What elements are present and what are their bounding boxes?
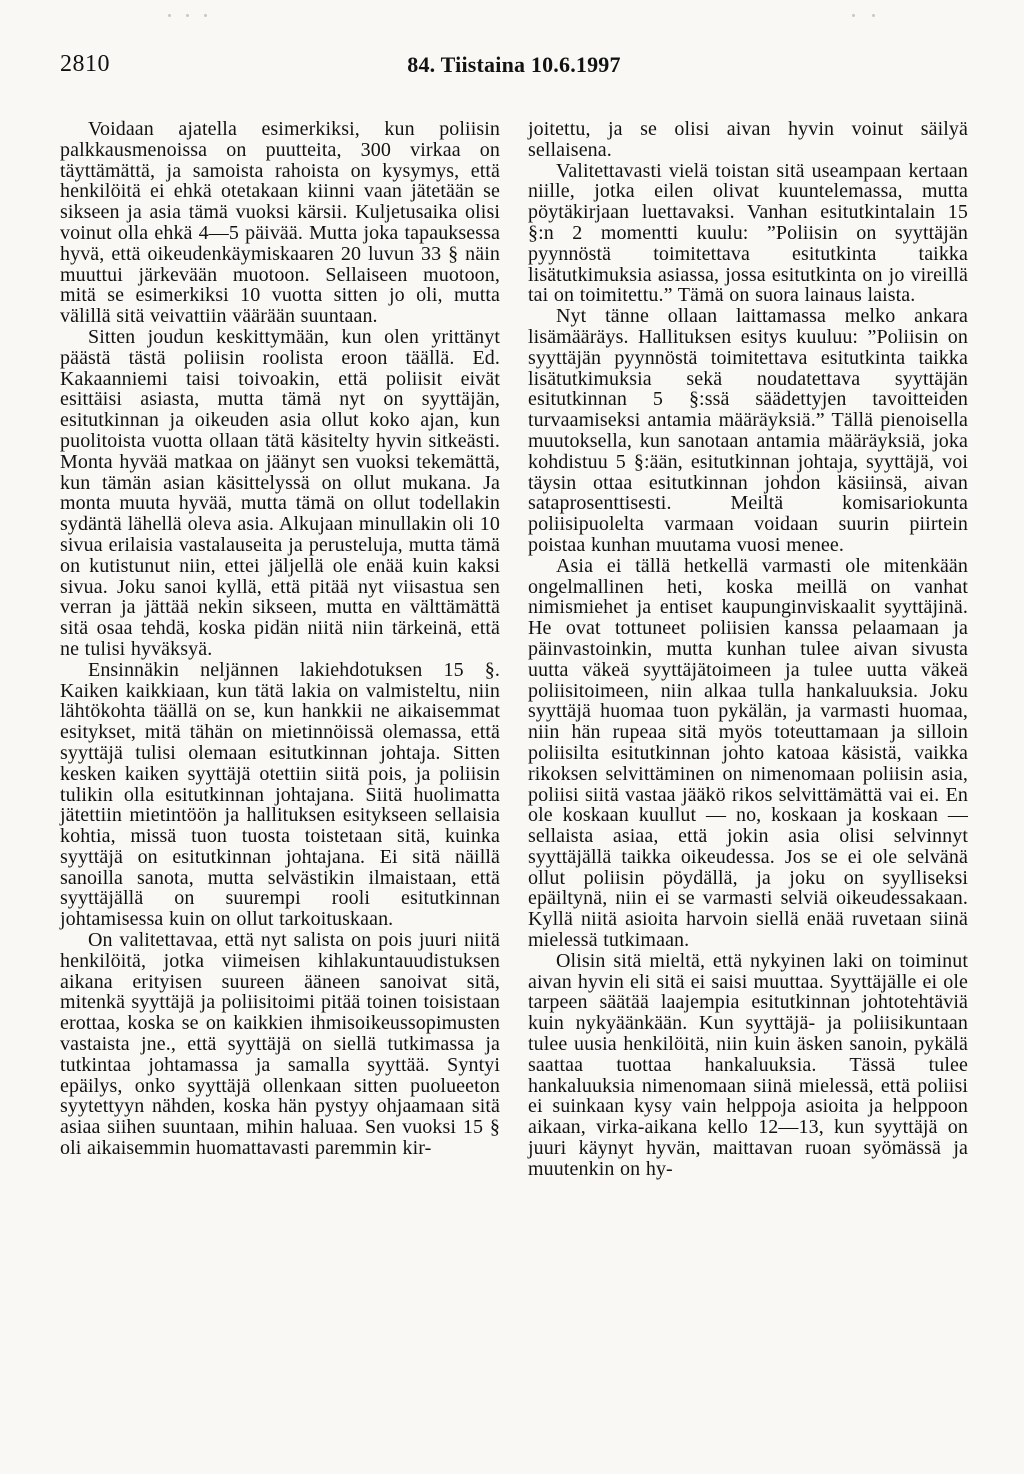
left-column: Voidaan ajatella esimerkiksi, kun poliis… (60, 119, 500, 1180)
text-body: Voidaan ajatella esimerkiksi, kun poliis… (60, 119, 968, 1180)
paragraph: Olisin sitä mieltä, että nykyinen laki o… (528, 951, 968, 1180)
page-header: 2810 84. Tiistaina 10.6.1997 (60, 50, 968, 80)
right-column: joitettu, ja se olisi aivan hyvin voinut… (528, 119, 968, 1180)
paragraph: On valitettavaa, että nyt salista on poi… (60, 930, 500, 1159)
paragraph: Ensinnäkin neljännen lakiehdotuksen 15 §… (60, 660, 500, 930)
paragraph: joitettu, ja se olisi aivan hyvin voinut… (528, 119, 968, 161)
header-title: 84. Tiistaina 10.6.1997 (60, 52, 968, 78)
paragraph: Valitettavasti vielä toistan sitä useamp… (528, 161, 968, 307)
scan-artifacts (0, 14, 1024, 20)
paragraph: Sitten joudun keskittymään, kun olen yri… (60, 327, 500, 660)
paragraph: Asia ei tällä hetkellä varmasti ole mite… (528, 556, 968, 951)
paragraph: Voidaan ajatella esimerkiksi, kun poliis… (60, 119, 500, 327)
document-page: 2810 84. Tiistaina 10.6.1997 Voidaan aja… (0, 0, 1024, 1474)
paragraph: Nyt tänne ollaan laittamassa melko ankar… (528, 306, 968, 556)
